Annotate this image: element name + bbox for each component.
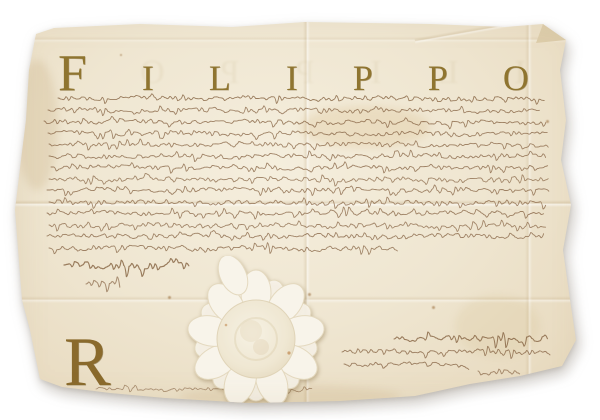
parchment-document: FILIPPO FILIPPO R [0,0,600,420]
photo-background: FILIPPO FILIPPO R [0,0,600,420]
edge-vignette [0,0,600,420]
parchment-sheet: FILIPPO FILIPPO R [0,0,600,420]
